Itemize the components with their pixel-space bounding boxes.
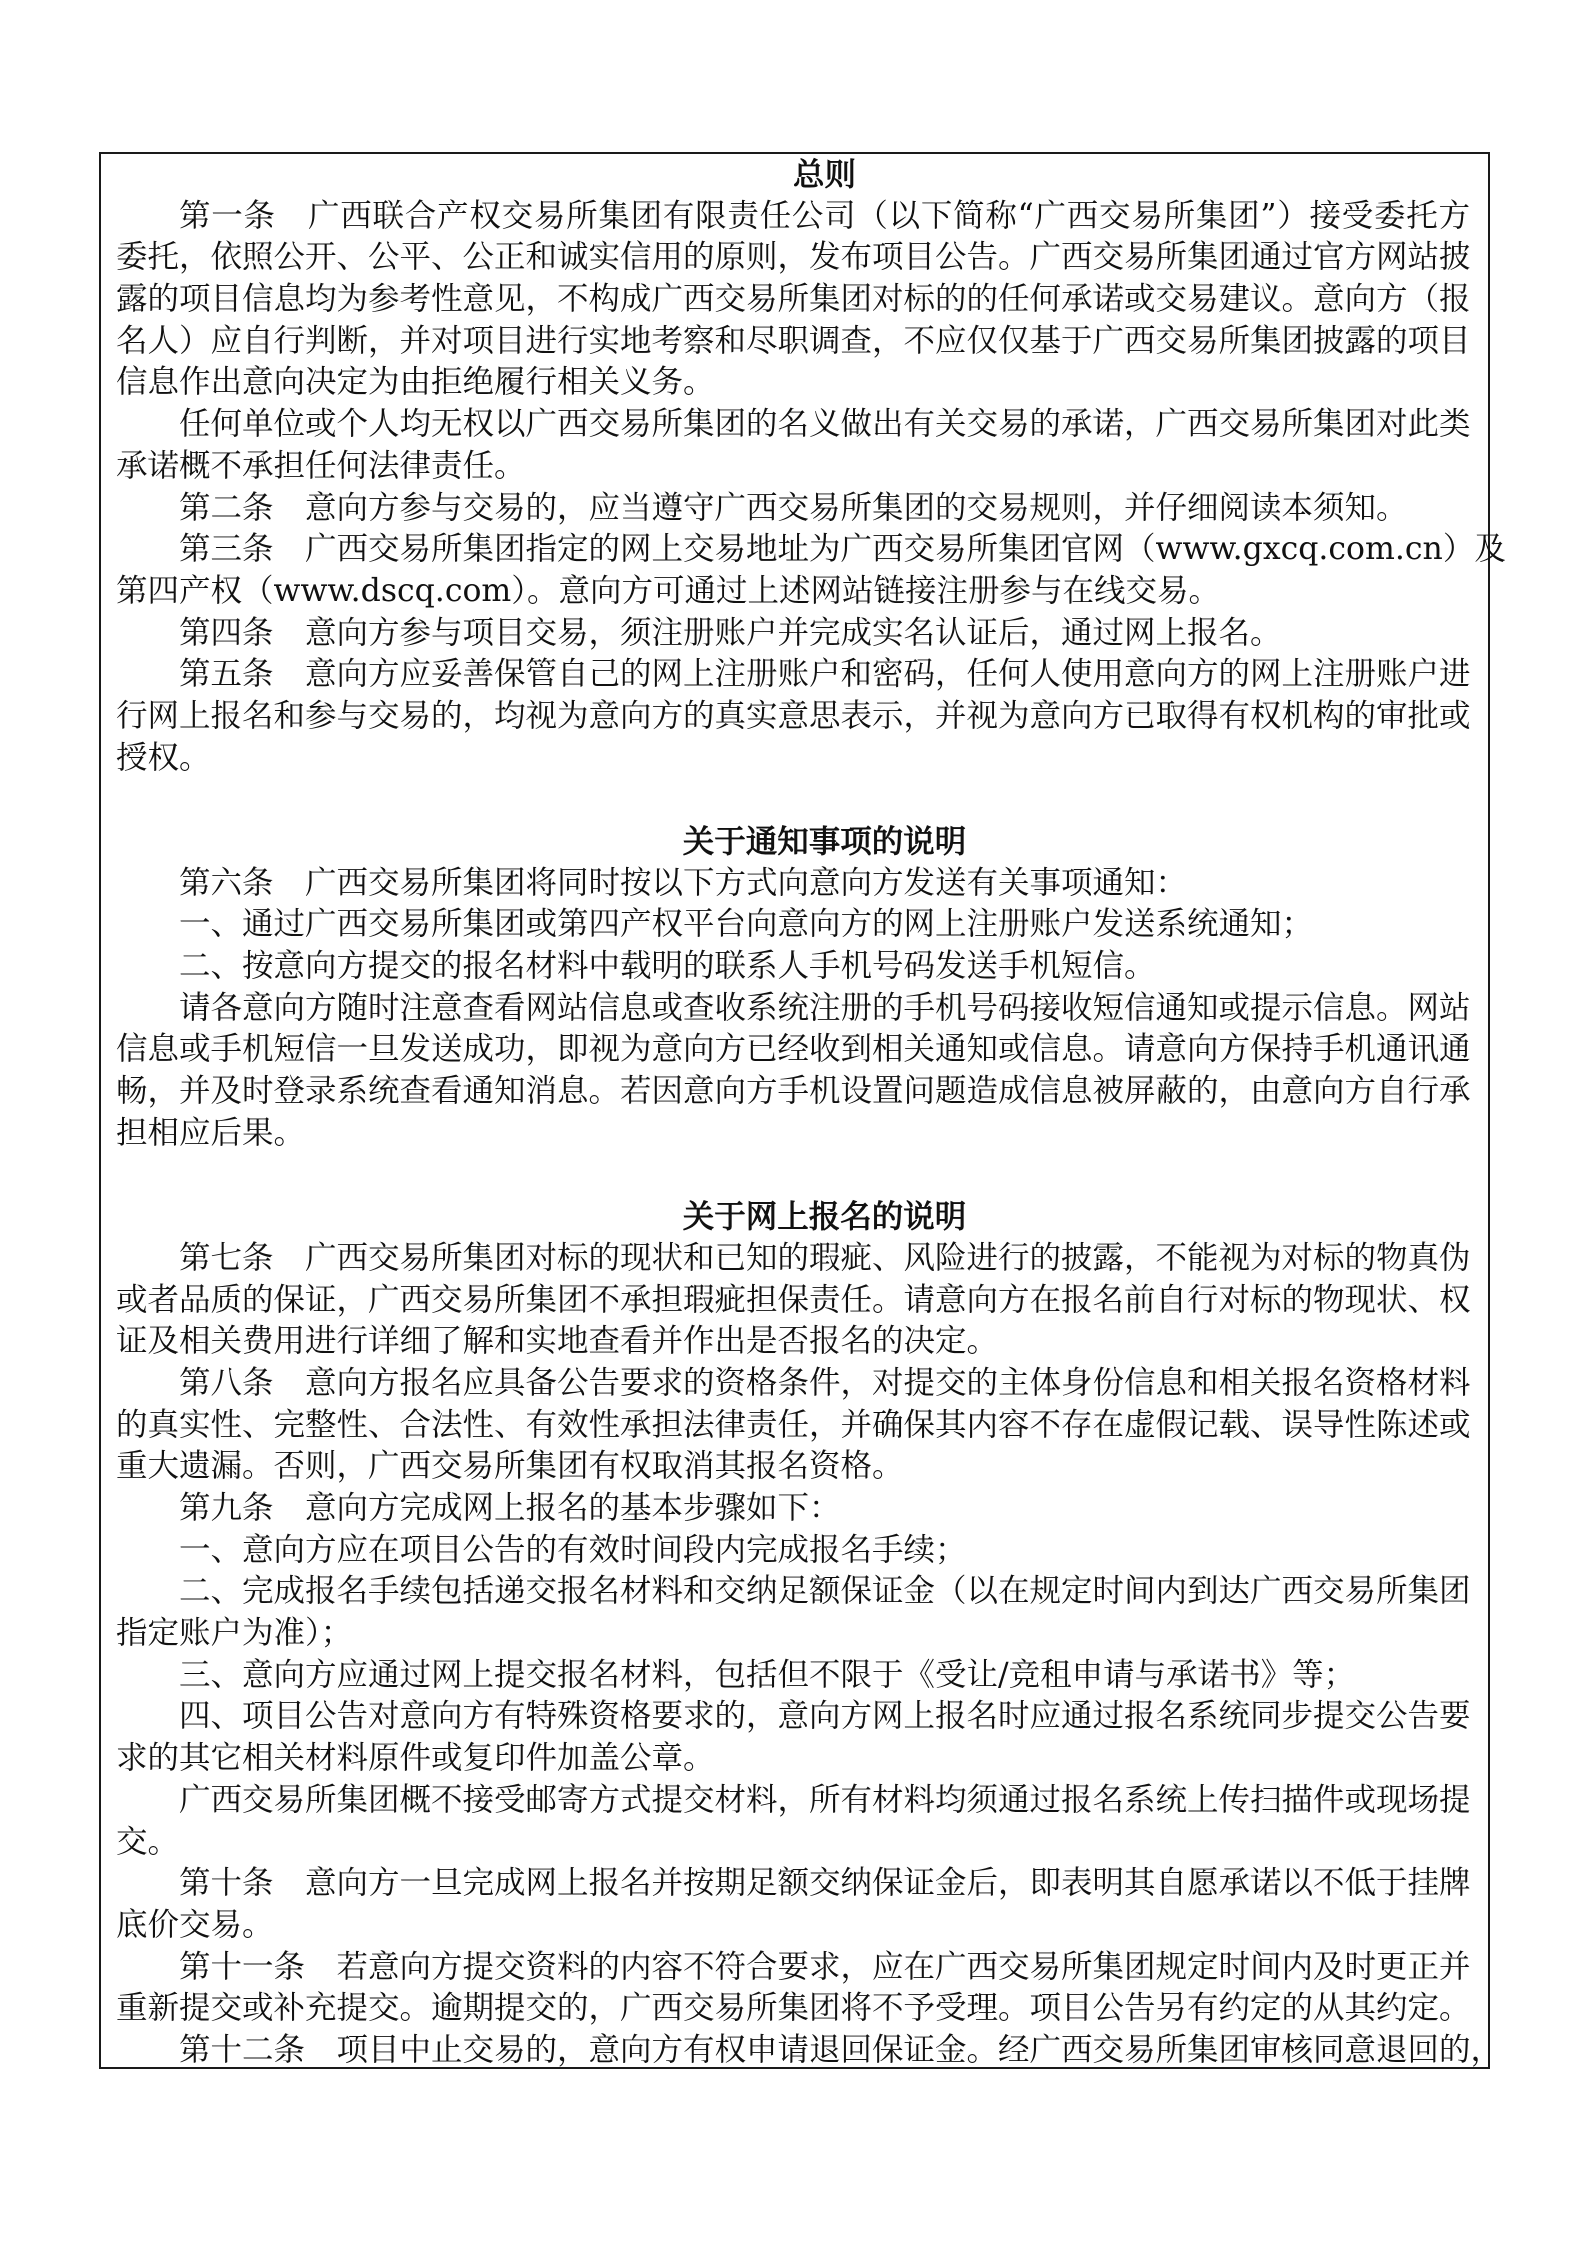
article-7-line: 第七条 广西交易所集团对标的现状和已知的瑕疵、风险进行的披露，不能视为对标的物真… bbox=[116, 1238, 1470, 1280]
section-heading-online-registration: 关于网上报名的说明 bbox=[116, 1196, 1470, 1238]
article-11-line: 第十一条 若意向方提交资料的内容不符合要求，应在广西交易所集团规定时间内及时更正… bbox=[116, 1947, 1470, 1989]
registration-step-2: 指定账户为准）； bbox=[116, 1613, 1470, 1655]
article-10-line: 第十条 意向方一旦完成网上报名并按期足额交纳保证金后，即表明其自愿承诺以不低于挂… bbox=[116, 1863, 1470, 1905]
notification-note-line: 担相应后果。 bbox=[116, 1113, 1470, 1155]
article-7-line: 证及相关费用进行详细了解和实地查看并作出是否报名的决定。 bbox=[116, 1321, 1470, 1363]
article-6-line: 第六条 广西交易所集团将同时按以下方式向意向方发送有关事项通知： bbox=[116, 863, 1470, 905]
notice-table-frame: 总则 第一条 广西联合产权交易所集团有限责任公司（以下简称“广西交易所集团”）接… bbox=[99, 152, 1490, 2069]
disclaimer-line: 任何单位或个人均无权以广西交易所集团的名义做出有关交易的承诺，广西交易所集团对此… bbox=[116, 404, 1470, 446]
submission-note-line: 交。 bbox=[116, 1822, 1470, 1864]
article-3-line: 第三条 广西交易所集团指定的网上交易地址为广西交易所集团官网（www.gxcq.… bbox=[116, 529, 1470, 571]
article-1-line: 委托，依照公开、公平、公正和诚实信用的原则，发布项目公告。广西交易所集团通过官方… bbox=[116, 237, 1470, 279]
notification-note-line: 畅，并及时登录系统查看通知消息。若因意向方手机设置问题造成信息被屏蔽的，由意向方… bbox=[116, 1071, 1470, 1113]
registration-step-2: 二、完成报名手续包括递交报名材料和交纳足额保证金（以在规定时间内到达广西交易所集… bbox=[116, 1571, 1470, 1613]
article-10-line: 底价交易。 bbox=[116, 1905, 1470, 1947]
notification-note-line: 请各意向方随时注意查看网站信息或查收系统注册的手机号码接收短信通知或提示信息。网… bbox=[116, 988, 1470, 1030]
notification-item-1: 一、通过广西交易所集团或第四产权平台向意向方的网上注册账户发送系统通知； bbox=[116, 904, 1470, 946]
registration-step-3: 三、意向方应通过网上提交报名材料，包括但不限于《受让/竞租申请与承诺书》等； bbox=[116, 1655, 1470, 1697]
notice-content: 总则 第一条 广西联合产权交易所集团有限责任公司（以下简称“广西交易所集团”）接… bbox=[116, 154, 1470, 2072]
article-9-line: 第九条 意向方完成网上报名的基本步骤如下： bbox=[116, 1488, 1470, 1530]
article-4-line: 第四条 意向方参与项目交易，须注册账户并完成实名认证后，通过网上报名。 bbox=[116, 613, 1470, 655]
article-1-line: 第一条 广西联合产权交易所集团有限责任公司（以下简称“广西交易所集团”）接受委托… bbox=[116, 196, 1470, 238]
article-5-line: 第五条 意向方应妥善保管自己的网上注册账户和密码，任何人使用意向方的网上注册账户… bbox=[116, 654, 1470, 696]
article-8-line: 第八条 意向方报名应具备公告要求的资格条件，对提交的主体身份信息和相关报名资格材… bbox=[116, 1363, 1470, 1405]
registration-step-4: 四、项目公告对意向方有特殊资格要求的，意向方网上报名时应通过报名系统同步提交公告… bbox=[116, 1696, 1470, 1738]
section-heading-general: 总则 bbox=[116, 154, 1470, 196]
article-8-line: 重大遗漏。否则，广西交易所集团有权取消其报名资格。 bbox=[116, 1446, 1470, 1488]
article-1-line: 露的项目信息均为参考性意见，不构成广西交易所集团对标的的任何承诺或交易建议。意向… bbox=[116, 279, 1470, 321]
section-heading-notification: 关于通知事项的说明 bbox=[116, 821, 1470, 863]
notification-item-2: 二、按意向方提交的报名材料中载明的联系人手机号码发送手机短信。 bbox=[116, 946, 1470, 988]
article-12-line: 第十二条 项目中止交易的，意向方有权申请退回保证金。经广西交易所集团审核同意退回… bbox=[116, 2030, 1470, 2072]
registration-step-4: 求的其它相关材料原件或复印件加盖公章。 bbox=[116, 1738, 1470, 1780]
section-spacer bbox=[116, 779, 1470, 821]
registration-step-1: 一、意向方应在项目公告的有效时间段内完成报名手续； bbox=[116, 1530, 1470, 1572]
submission-note-line: 广西交易所集团概不接受邮寄方式提交材料，所有材料均须通过报名系统上传扫描件或现场… bbox=[116, 1780, 1470, 1822]
article-11-line: 重新提交或补充提交。逾期提交的，广西交易所集团将不予受理。项目公告另有约定的从其… bbox=[116, 1988, 1470, 2030]
article-7-line: 或者品质的保证，广西交易所集团不承担瑕疵担保责任。请意向方在报名前自行对标的物现… bbox=[116, 1280, 1470, 1322]
article-3-line: 第四产权（www.dscq.com）。意向方可通过上述网站链接注册参与在线交易。 bbox=[116, 571, 1470, 613]
article-8-line: 的真实性、完整性、合法性、有效性承担法律责任，并确保其内容不存在虚假记载、误导性… bbox=[116, 1405, 1470, 1447]
notification-note-line: 信息或手机短信一旦发送成功，即视为意向方已经收到相关通知或信息。请意向方保持手机… bbox=[116, 1029, 1470, 1071]
section-spacer bbox=[116, 1155, 1470, 1197]
article-2-line: 第二条 意向方参与交易的，应当遵守广西交易所集团的交易规则，并仔细阅读本须知。 bbox=[116, 488, 1470, 530]
disclaimer-line: 承诺概不承担任何法律责任。 bbox=[116, 446, 1470, 488]
article-1-line: 名人）应自行判断，并对项目进行实地考察和尽职调查，不应仅仅基于广西交易所集团披露… bbox=[116, 321, 1470, 363]
article-5-line: 授权。 bbox=[116, 738, 1470, 780]
article-5-line: 行网上报名和参与交易的，均视为意向方的真实意思表示，并视为意向方已取得有权机构的… bbox=[116, 696, 1470, 738]
article-1-line: 信息作出意向决定为由拒绝履行相关义务。 bbox=[116, 362, 1470, 404]
